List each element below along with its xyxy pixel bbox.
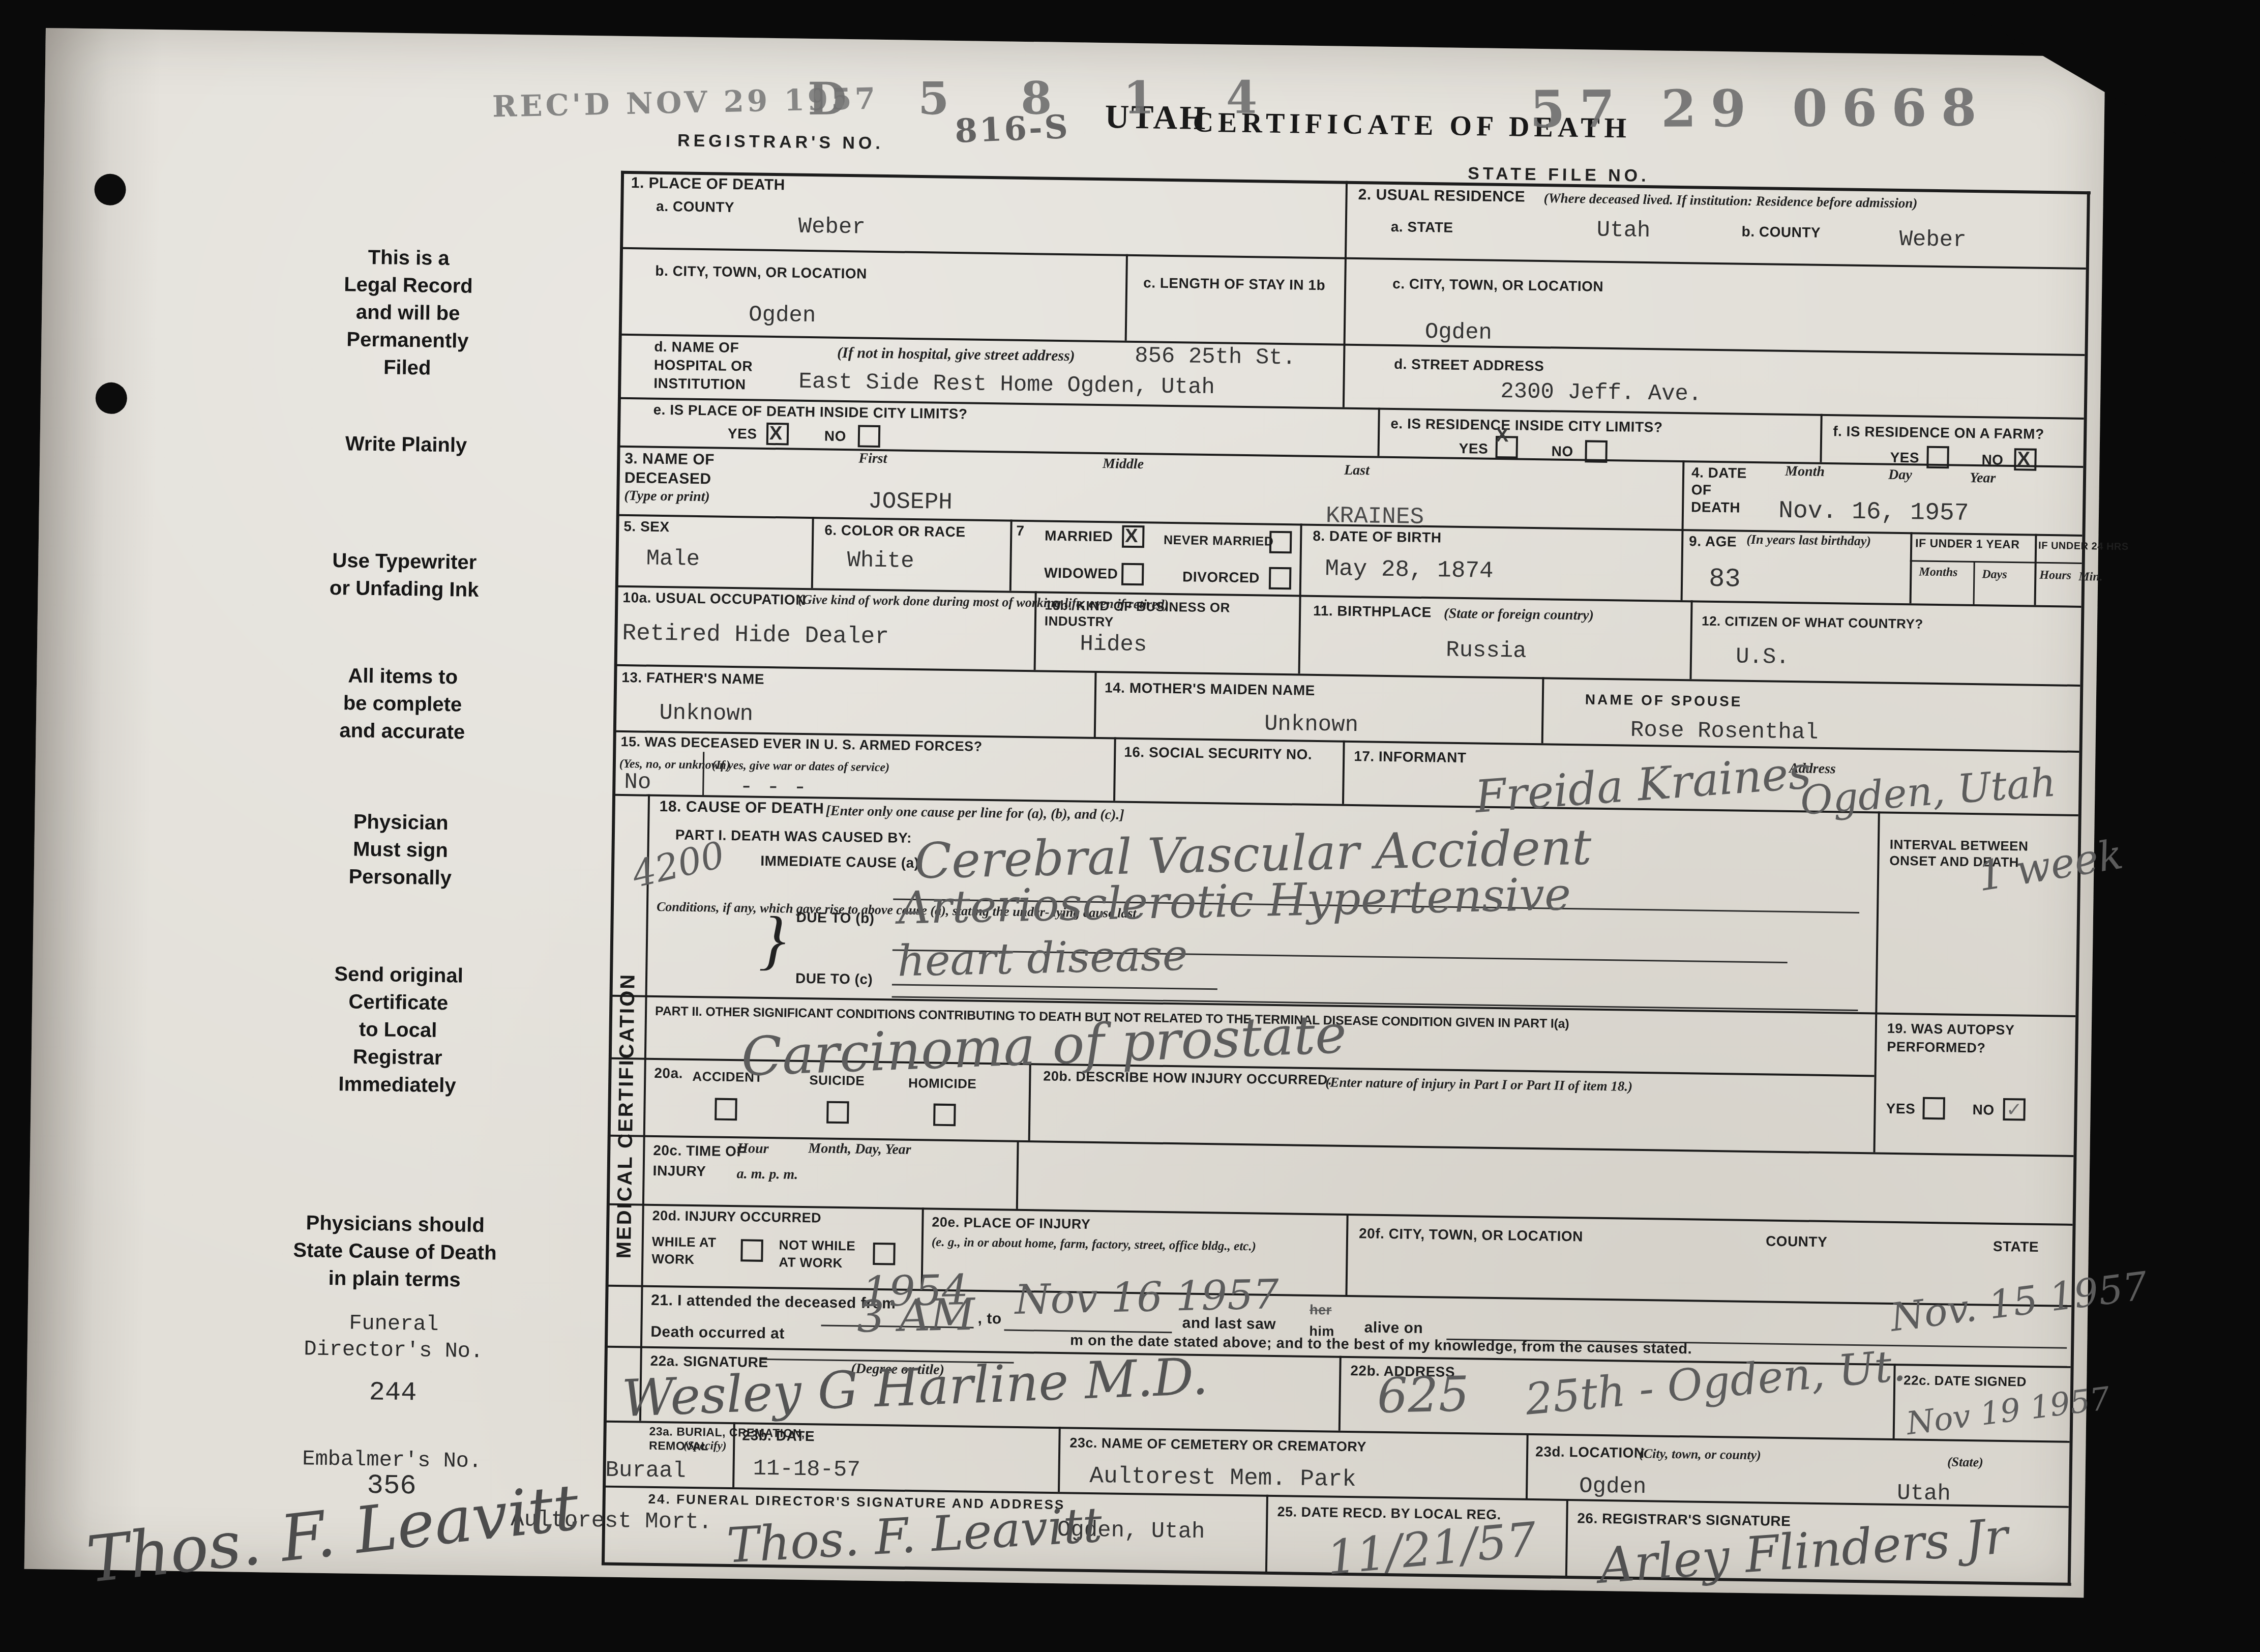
first-name-label: First [858,450,887,467]
immediate-cause-label: IMMEDIATE CAUSE (a) [760,853,919,871]
residence-farm-yes-label: YES [1890,450,1919,466]
death-occurred-at-label: Death occurred at [650,1323,785,1343]
not-while-at-work-checkbox [873,1243,896,1265]
margin-note-typewriter: Use Typewriter or Unfading Ink [251,546,557,605]
burial-date-label: 23b. DATE [742,1427,815,1444]
margin-note-legal-record: This is a Legal Record and will be Perma… [254,242,561,383]
margin-note-plain-terms: Physicians should State Cause of Death i… [242,1208,548,1295]
last-name-label: Last [1344,462,1370,479]
name-of-deceased-label: 3. NAME OF DECEASED [624,449,715,489]
armed-forces-service-value: - - - [739,774,807,801]
if-under-1-year-label: IF UNDER 1 YEAR [1915,536,2020,551]
burial-date-value: 11-18-57 [753,1456,860,1483]
am-pm-labels: a. m. p. m. [736,1163,798,1186]
birthplace-hint: (State or foreign country) [1444,605,1594,624]
color-race-value: White [847,548,914,574]
while-at-work-checkbox [740,1239,763,1262]
if-under-24-hrs-label: IF UNDER 24 HRS [2038,540,2129,553]
place-of-injury-hint: (e. g., in or about home, farm, factory,… [932,1235,1256,1255]
margin-note-physician-sign: Physician Must sign Personally [247,807,553,893]
min-label: Min. [2078,570,2103,584]
due-to-b-label: DUE TO (b) [796,909,875,927]
birthplace-value: Russia [1446,638,1527,664]
cause-of-death-bracket-hint: [Enter only one cause per line for (a), … [825,803,1124,823]
margin-code-handwritten: 4200 [628,833,729,896]
social-security-label: 16. SOCIAL SECURITY NO. [1124,744,1337,763]
type-or-print-hint: (Type or print) [624,488,710,505]
mothers-maiden-name-label: 14. MOTHER'S MAIDEN NAME [1105,680,1315,699]
color-race-label: 6. COLOR OR RACE [824,522,966,540]
street-address-of-death-value: 856 25th St. [1135,343,1296,371]
death-city-limits-no-label: NO [824,428,846,445]
sex-label: 5. SEX [623,518,670,535]
residence-state-label: a. STATE [1391,219,1453,236]
cause-of-death-label: 18. CAUSE OF DEATH [660,798,824,818]
describe-injury-hint: (Enter nature of injury in Part I or Par… [1325,1074,1632,1094]
margin-note-complete: All items to be complete and accurate [249,661,555,747]
residence-city-limits-yes-checkbox: X [1495,436,1518,459]
due-to-b-value-line2: heart disease [897,930,1188,986]
middle-name-label: Middle [1103,456,1144,473]
usual-residence-hint: (Where deceased lived. If institution: R… [1543,190,2077,214]
last-saw-alive-value: Nov. 15 1957 [1888,1263,2150,1340]
age-hint: (In years last birthday) [1746,532,1871,549]
not-while-at-work-label: NOT WHILE AT WORK [779,1236,855,1272]
married-label: MARRIED [1045,528,1113,545]
month-label: Month [1785,463,1825,480]
cemetery-value: Aultorest Mem. Park [1089,1463,1356,1493]
cemetery-city-value: Ogden [1579,1473,1647,1500]
autopsy-no-label: NO [1972,1102,1994,1118]
death-city-limits-yes-checkbox: X [766,423,789,446]
mothers-maiden-name-value: Unknown [1264,712,1359,739]
suicide-checkbox [826,1101,849,1124]
fathers-name-value: Unknown [659,700,754,727]
residence-city-limits-no-label: NO [1551,443,1573,460]
death-city-limits-no-checkbox [858,425,881,448]
residence-street-label: d. STREET ADDRESS [1394,356,1544,374]
hospital-name-hint: (If not in hospital, give street address… [837,344,1075,365]
marital-status-number: 7 [1016,523,1025,539]
day-label: Day [1888,467,1912,484]
city-of-death-label: b. CITY, TOWN, OR LOCATION [655,263,867,282]
due-to-c-label: DUE TO (c) [795,970,873,988]
never-married-checkbox [1269,531,1292,554]
cemetery-location-label: 23d. LOCATION [1535,1443,1645,1461]
autopsy-yes-checkbox [1922,1097,1945,1120]
industry-label: 10b. KIND OF BUSINESS OR INDUSTRY [1045,598,1289,633]
residence-city-label: c. CITY, TOWN, OR LOCATION [1392,276,1603,295]
widowed-checkbox [1121,563,1144,586]
margin-note-send-original: Send original Certificate to Local Regis… [245,959,552,1101]
armed-forces-label: 15. WAS DECEASED EVER IN U. S. ARMED FOR… [620,734,982,755]
scan-edge-shadow [24,28,163,1571]
hour-label: Hour [737,1140,769,1157]
city-town-county-hint: (City, town, or county) [1639,1446,1761,1463]
place-of-injury-label: 20e. PLACE OF INJURY [932,1215,1090,1232]
injury-state-label: STATE [1993,1238,2039,1255]
date-of-death-label: 4. DATE OF DEATH [1691,464,1747,517]
usual-residence-title: 2. USUAL RESIDENCE [1358,186,1525,206]
married-checkbox: X [1122,525,1145,548]
citizenship-value: U.S. [1736,644,1790,670]
armed-forces-value: No [624,770,651,795]
hours-label: Hours [2039,569,2071,583]
alive-on-label: alive on [1364,1319,1423,1337]
residence-city-limits-yes-label: YES [1459,440,1489,457]
year-label: Year [1970,470,1996,487]
days-label: Days [1982,568,2007,582]
month-day-year-label: Month, Day, Year [808,1140,911,1158]
place-of-death-title: 1. PLACE OF DEATH [631,174,785,194]
divorced-checkbox [1269,567,1292,590]
age-value: 83 [1709,564,1741,595]
city-of-death-value: Ogden [749,302,816,329]
residence-street-value: 2300 Jeff. Ave. [1500,379,1702,407]
physician-address-number: 625 [1377,1366,1470,1424]
death-time-value: 3 AM [856,1289,975,1343]
death-certificate-scan: REC'D NOV 29 1957 D 5 8 1 4 REGISTRAR'S … [24,28,2105,1598]
residence-city-value: Ogden [1425,319,1493,346]
registrars-no-value: 816-S [954,108,1070,151]
time-of-injury-label: 20c. TIME OF INJURY [652,1140,746,1183]
injury-occurred-label: 20d. INJURY OCCURRED [652,1208,821,1226]
s20a-number: 20a. [654,1065,683,1082]
birthplace-label: 11. BIRTHPLACE [1313,603,1432,621]
length-of-stay-label: c. LENGTH OF STAY IN 1b [1143,275,1347,294]
residence-county-value: Weber [1899,227,1967,253]
margin-note-write-plainly: Write Plainly [253,429,559,460]
date-received-value: 11/21/57 [1325,1512,1539,1585]
x-mark: X [1125,525,1138,547]
last-name-value: KRAINES [1325,503,1424,530]
sex-value: Male [646,546,700,572]
residence-farm-label: f. IS RESIDENCE ON A FARM? [1833,423,2044,442]
spouse-name-label: NAME OF SPOUSE [1585,691,1743,710]
state-file-no-stamp: 57 29 0668 [1530,78,1991,139]
while-at-work-label: WHILE AT WORK [651,1233,717,1268]
hospital-name-label: d. NAME OF HOSPITAL OR INSTITUTION [653,338,753,394]
brace-glyph: } [759,902,786,979]
armed-forces-hint2: (If yes, give war or dates of service) [712,758,931,775]
cemetery-label: 23c. NAME OF CEMETERY OR CREMATORY [1069,1435,1366,1455]
residence-city-limits-no-checkbox [1585,440,1608,463]
hospital-name-value: East Side Rest Home Ogden, Utah [798,369,1215,400]
injury-county-label: COUNTY [1766,1233,1828,1250]
homicide-checkbox [933,1104,956,1127]
registrars-no-label: REGISTRAR'S NO. [677,131,884,154]
widowed-label: WIDOWED [1044,565,1118,582]
x-mark: X [769,423,783,445]
funeral-directors-no-value: 244 [240,1378,546,1408]
x-mark: X [1496,425,1509,447]
burial-value: Buraal [605,1458,686,1484]
spouse-name-value: Rose Rosenthal [1630,718,1819,746]
autopsy-yes-label: YES [1886,1101,1915,1117]
state-hint: (State) [1947,1454,1983,1470]
autopsy-no-checkbox: ✓ [2003,1098,2026,1121]
occupation-value: Retired Hide Dealer [622,620,889,650]
residence-county-label: b. COUNTY [1742,224,1821,241]
never-married-label: NEVER MARRIED [1164,533,1274,549]
specify-hint: (Specify) [683,1439,727,1453]
divorced-label: DIVORCED [1182,569,1260,586]
fathers-name-label: 13. FATHER'S NAME [621,669,764,688]
check-mark: ✓ [2006,1098,2022,1121]
residence-city-limits-label: e. IS RESIDENCE INSIDE CITY LIMITS? [1390,416,1662,435]
autopsy-label: 19. WAS AUTOPSY PERFORMED? [1887,1019,2015,1057]
date-of-death-value: Nov. 16, 1957 [1778,497,1969,527]
injury-city-label: 20f. CITY, TOWN, OR LOCATION [1359,1225,1583,1245]
cemetery-state-value: Utah [1897,1481,1951,1507]
attended-to-label: , to [978,1310,1002,1328]
citizenship-label: 12. CITIZEN OF WHAT COUNTRY? [1702,613,1923,632]
age-label: 9. AGE [1689,533,1737,550]
her-struck-label: her [1310,1302,1332,1318]
months-label: Months [1919,566,1957,580]
occupation-label: 10a. USUAL OCCUPATION [622,589,806,608]
informant-label: 17. INFORMANT [1354,748,1467,766]
funeral-directors-no-label: Funeral Director's No. [241,1309,546,1366]
residence-farm-yes-checkbox [1926,446,1949,469]
residence-state-value: Utah [1596,218,1650,244]
date-of-birth-value: May 28, 1874 [1325,555,1494,584]
death-city-limits-yes-label: YES [728,426,757,442]
death-city-limits-label: e. IS PLACE OF DEATH INSIDE CITY LIMITS? [653,402,967,423]
industry-value: Hides [1080,632,1147,658]
date-of-birth-label: 8. DATE OF BIRTH [1313,528,1442,546]
first-name-value: JOSEPH [868,488,953,516]
county-value: Weber [798,214,866,241]
accident-checkbox [715,1098,737,1121]
attended-to-value: Nov 16 1957 [1014,1271,1279,1323]
residence-farm-no-label: NO [1981,452,2003,468]
residence-farm-no-checkbox: X [2014,448,2037,471]
county-label: a. COUNTY [656,198,734,216]
x-mark: X [2017,448,2030,470]
